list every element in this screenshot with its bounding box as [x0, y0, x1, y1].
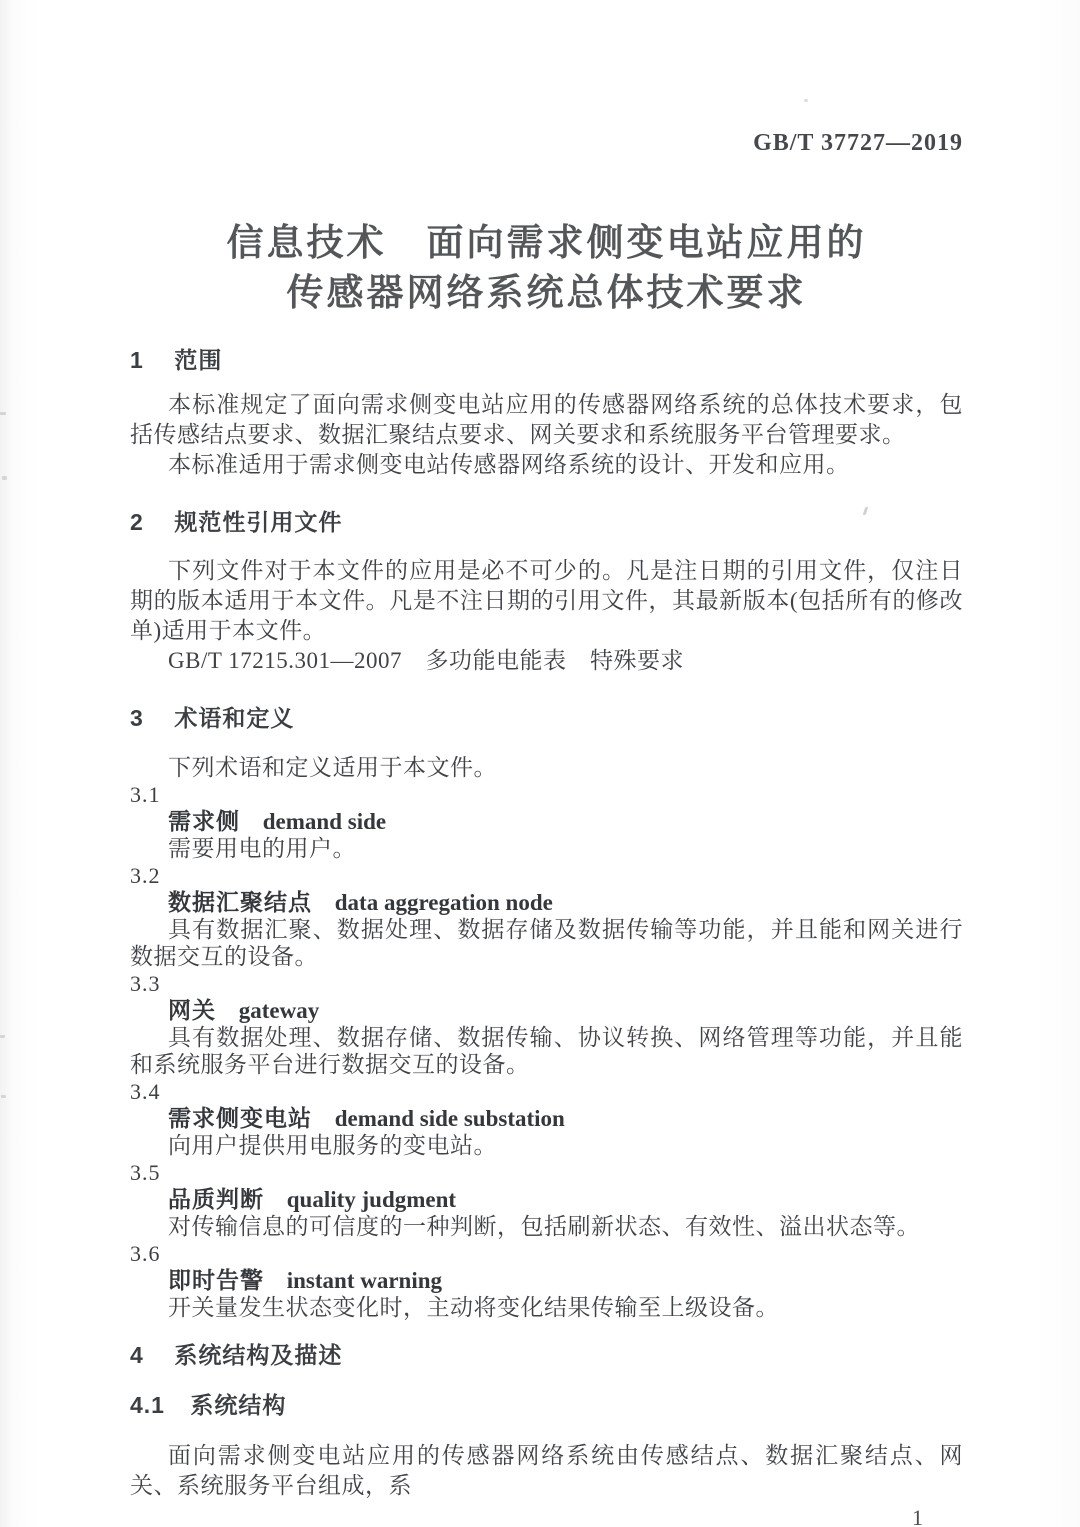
- term-en: instant warning: [287, 1268, 442, 1293]
- term-number: 3.6: [130, 1240, 963, 1267]
- section-3-number: 3: [130, 704, 146, 732]
- term-zh: 网关: [168, 997, 216, 1023]
- scan-artifact-edge: [2, 476, 7, 480]
- term-zh: 即时告警: [168, 1267, 264, 1293]
- term-entry-3-2: 3.2 数据汇聚结点 data aggregation node 具有数据汇聚、…: [130, 862, 963, 970]
- section-4-heading: 4 系统结构及描述: [130, 1341, 963, 1369]
- section-4-1-number: 4.1: [130, 1391, 165, 1419]
- term-heading: 即时告警 instant warning: [130, 1267, 963, 1294]
- standard-code: GB/T 37727—2019: [130, 131, 963, 156]
- section-4-1-paragraph: 面向需求侧变电站应用的传感器网络系统由传感结点、数据汇聚结点、网关、系统服务平台…: [130, 1441, 963, 1501]
- section-2-title: 规范性引用文件: [174, 509, 342, 535]
- document-title: 信息技术 面向需求侧变电站应用的 传感器网络系统总体技术要求: [130, 218, 963, 318]
- term-zh: 需求侧变电站: [168, 1105, 312, 1131]
- term-heading: 网关 gateway: [130, 997, 963, 1024]
- section-4-number: 4: [130, 1341, 146, 1369]
- term-number: 3.1: [130, 781, 963, 808]
- term-heading: 品质判断 quality judgment: [130, 1186, 963, 1213]
- section-4-title: 系统结构及描述: [174, 1342, 342, 1368]
- term-definition: 具有数据汇聚、数据处理、数据存储及数据传输等功能，并且能和网关进行数据交互的设备…: [130, 916, 963, 970]
- term-number: 3.4: [130, 1078, 963, 1105]
- section-1-number: 1: [130, 346, 146, 374]
- term-entry-3-3: 3.3 网关 gateway 具有数据处理、数据存储、数据传输、协议转换、网络管…: [130, 970, 963, 1078]
- term-heading: 需求侧 demand side: [130, 808, 963, 835]
- section-4-1-heading: 4.1 系统结构: [130, 1391, 963, 1419]
- term-number: 3.2: [130, 862, 963, 889]
- section-1-paragraph-2: 本标准适用于需求侧变电站传感器网络系统的设计、开发和应用。: [130, 450, 963, 480]
- term-en: demand side: [263, 809, 386, 834]
- term-definition: 开关量发生状态变化时，主动将变化结果传输至上级设备。: [130, 1294, 963, 1321]
- term-definition: 对传输信息的可信度的一种判断，包括刷新状态、有效性、溢出状态等。: [130, 1213, 963, 1240]
- section-2-heading: 2 规范性引用文件: [130, 508, 963, 536]
- section-2-number: 2: [130, 508, 146, 536]
- scan-artifact-edge: [0, 1035, 5, 1038]
- term-zh: 需求侧: [168, 808, 240, 834]
- scan-artifact-dot: [804, 99, 808, 102]
- term-number: 3.5: [130, 1159, 963, 1186]
- term-entry-3-5: 3.5 品质判断 quality judgment 对传输信息的可信度的一种判断…: [130, 1159, 963, 1240]
- section-1-heading: 1 范围: [130, 346, 963, 374]
- term-en: quality judgment: [287, 1187, 456, 1212]
- term-entry-3-4: 3.4 需求侧变电站 demand side substation 向用户提供用…: [130, 1078, 963, 1159]
- section-3-heading: 3 术语和定义: [130, 704, 963, 732]
- term-number: 3.3: [130, 970, 963, 997]
- document-title-line1: 信息技术 面向需求侧变电站应用的: [130, 218, 963, 268]
- term-heading: 需求侧变电站 demand side substation: [130, 1105, 963, 1132]
- scan-artifact-edge: [0, 412, 6, 415]
- term-en: data aggregation node: [335, 890, 553, 915]
- terms-intro: 下列术语和定义适用于本文件。: [130, 754, 963, 781]
- term-en: demand side substation: [335, 1106, 565, 1131]
- page-number: 1: [130, 1505, 963, 1527]
- term-zh: 品质判断: [168, 1186, 264, 1212]
- section-1-title: 范围: [174, 347, 222, 373]
- term-heading: 数据汇聚结点 data aggregation node: [130, 889, 963, 916]
- section-3-title: 术语和定义: [174, 705, 294, 731]
- term-entry-3-6: 3.6 即时告警 instant warning 开关量发生状态变化时，主动将变…: [130, 1240, 963, 1321]
- term-zh: 数据汇聚结点: [168, 889, 312, 915]
- scan-artifact-edge: [1, 1095, 6, 1098]
- section-4-1-title: 系统结构: [190, 1392, 286, 1418]
- term-entry-3-1: 3.1 需求侧 demand side 需要用电的用户。: [130, 781, 963, 862]
- normative-reference: GB/T 17215.301—2007 多功能电能表 特殊要求: [130, 646, 963, 676]
- term-definition: 需要用电的用户。: [130, 835, 963, 862]
- document-title-line2: 传感器网络系统总体技术要求: [130, 268, 963, 318]
- document-page: GB/T 37727—2019 信息技术 面向需求侧变电站应用的 传感器网络系统…: [0, 0, 1080, 1527]
- term-definition: 具有数据处理、数据存储、数据传输、协议转换、网络管理等功能，并且能和系统服务平台…: [130, 1024, 963, 1078]
- term-en: gateway: [239, 998, 319, 1023]
- terms-and-definitions: 下列术语和定义适用于本文件。 3.1 需求侧 demand side 需要用电的…: [130, 754, 963, 1321]
- section-1-paragraph-1: 本标准规定了面向需求侧变电站应用的传感器网络系统的总体技术要求，包括传感结点要求…: [130, 390, 963, 450]
- term-definition: 向用户提供用电服务的变电站。: [130, 1132, 963, 1159]
- section-2-paragraph-1: 下列文件对于本文件的应用是必不可少的。凡是注日期的引用文件，仅注日期的版本适用于…: [130, 556, 963, 646]
